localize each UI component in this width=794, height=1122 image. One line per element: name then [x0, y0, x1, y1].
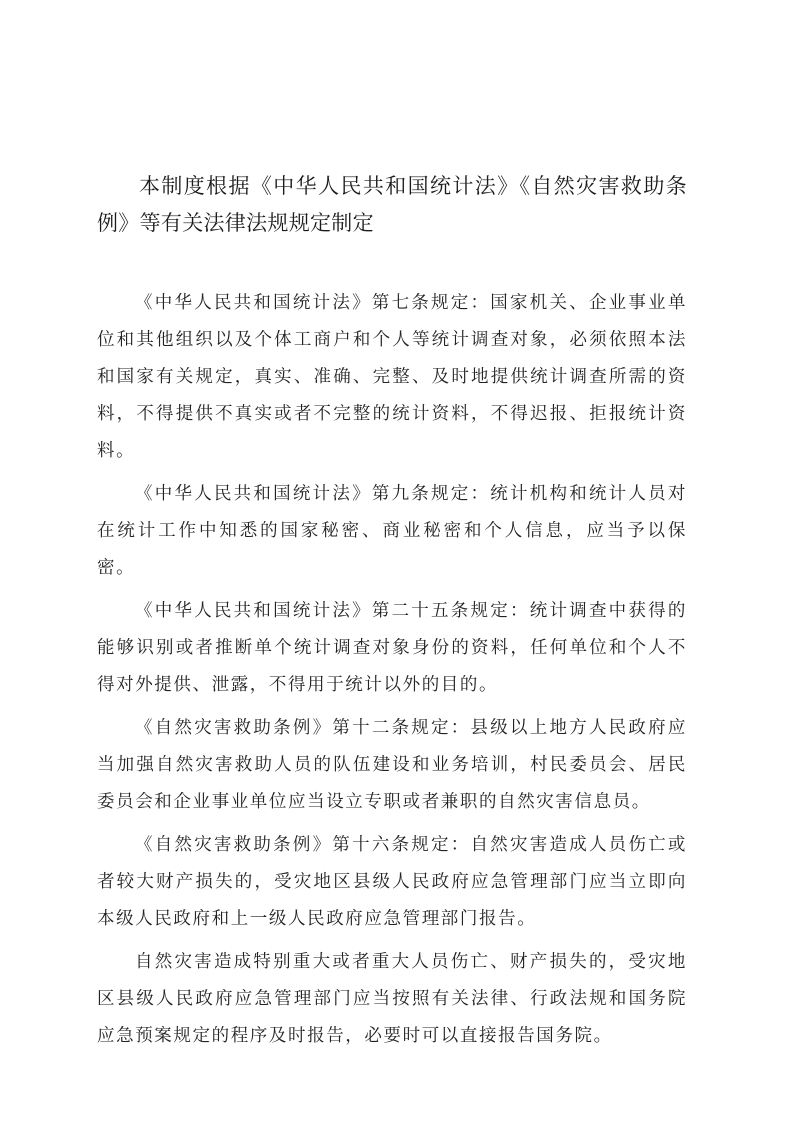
paragraph-disaster-relief-article-16: 《自然灾害救助条例》第十六条规定：自然灾害造成人员伤亡或者较大财产损失的，受灾地…	[97, 827, 687, 938]
paragraph-statistics-law-article-25: 《中华人民共和国统计法》第二十五条规定：统计调查中获得的能够识别或者推断单个统计…	[97, 593, 687, 704]
paragraph-disaster-relief-article-12: 《自然灾害救助条例》第十二条规定：县级以上地方人民政府应当加强自然灾害救助人员的…	[97, 710, 687, 821]
document-body: 《中华人民共和国统计法》第七条规定：国家机关、企业事业单位和其他组织以及个体工商…	[97, 285, 687, 1061]
paragraph-statistics-law-article-7: 《中华人民共和国统计法》第七条规定：国家机关、企业事业单位和其他组织以及个体工商…	[97, 285, 687, 470]
paragraph-disaster-relief-article-16-cont: 自然灾害造成特别重大或者重大人员伤亡、财产损失的，受灾地区县级人民政府应急管理部…	[97, 944, 687, 1055]
document-heading: 本制度根据《中华人民共和国统计法》《自然灾害救助条例》等有关法律法规规定制定	[97, 168, 687, 242]
paragraph-statistics-law-article-9: 《中华人民共和国统计法》第九条规定：统计机构和统计人员对在统计工作中知悉的国家秘…	[97, 476, 687, 587]
